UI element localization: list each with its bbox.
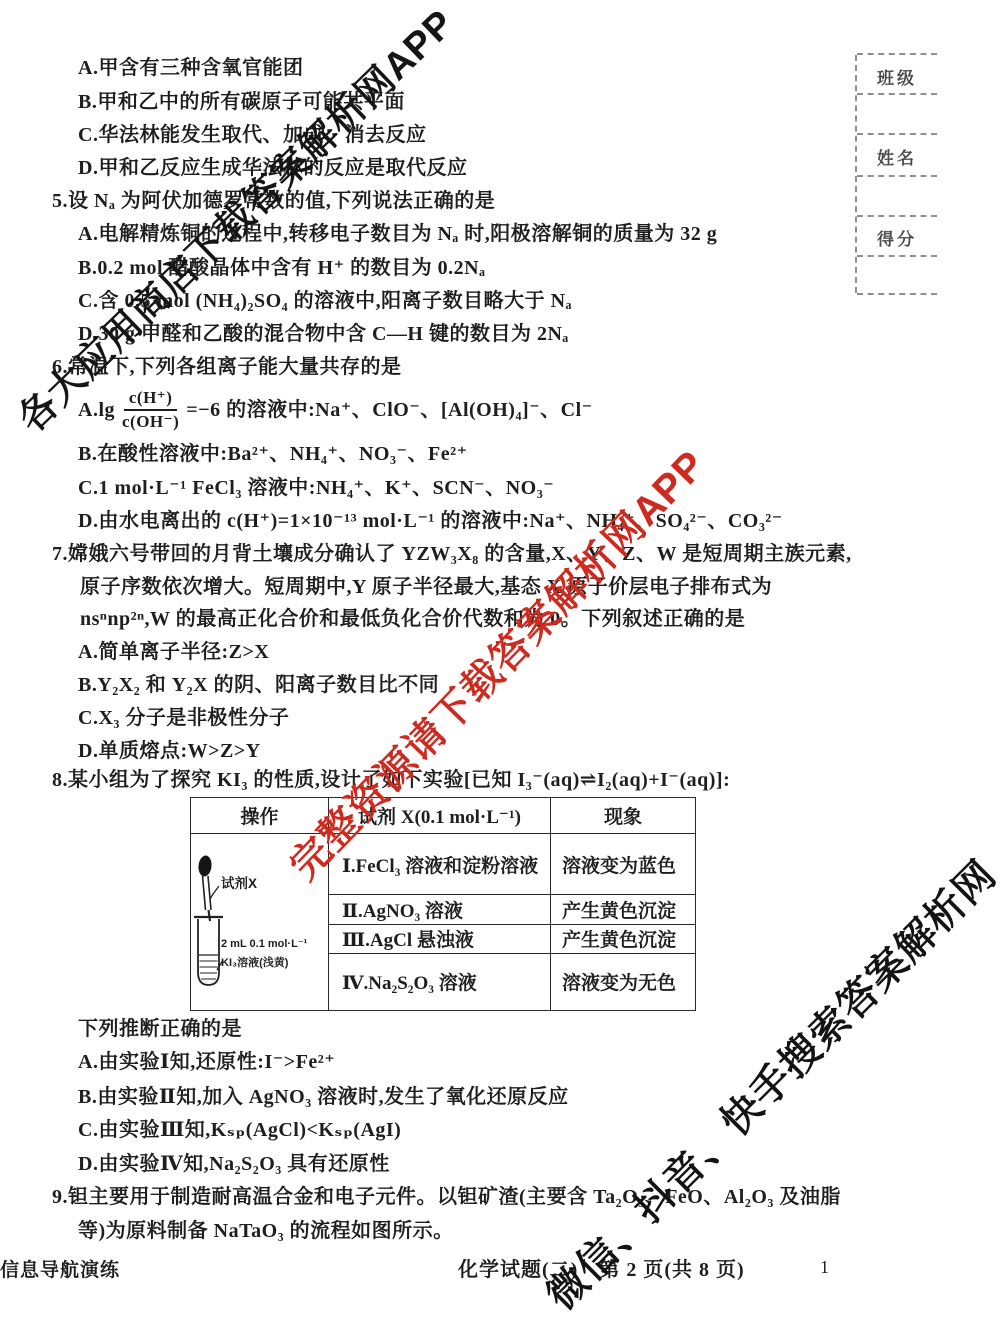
divider (857, 53, 937, 55)
q7-option-c: C.X₃ 分子是非极性分子 (78, 705, 289, 731)
q5-option-b: B.0.2 mol 醋酸晶体中含有 H⁺ 的数目为 0.2Nₐ (78, 255, 485, 281)
table-header-phenomenon: 现象 (551, 798, 696, 834)
q8-option-d: D.由实验Ⅳ知,Na₂S₂O₃ 具有还原性 (78, 1151, 390, 1177)
q7-stem-line1: 7.嫦娥六号带回的月背土壤成分确认了 YZW₃X₈ 的含量,X、Y、Z、W 是短… (52, 541, 852, 567)
divider (857, 93, 937, 95)
q5-stem: 5.设 Nₐ 为阿伏加德罗常数的值,下列说法正确的是 (52, 188, 495, 214)
divider (857, 255, 937, 257)
tube-label-line1: 2 mL 0.1 mol·L⁻¹ (221, 938, 308, 950)
q7-option-b: B.Y₂X₂ 和 Y₂X 的阴、阳离子数目比不同 (78, 672, 439, 698)
q7-option-a: A.简单离子半径:Z>X (78, 639, 269, 665)
q4-option-a: A.甲含有三种含氧官能团 (78, 55, 303, 81)
q8-experiment-table: 操作 试剂 X(0.1 mol·L⁻¹) 现象 试剂X (190, 797, 696, 1011)
row3-reagent: Ⅲ.AgCl 悬浊液 (329, 924, 551, 953)
row1-reagent: Ⅰ.FeCl₃ 溶液和淀粉溶液 (329, 834, 551, 895)
exam-paper-page: A.甲含有三种含氧官能团 B.甲和乙中的所有碳原子可能共平面 C.华法林能发生取… (0, 0, 1000, 1329)
footer-paper-title-page: 化学试题(二) 第 2 页(共 8 页) (458, 1253, 745, 1282)
q8-stem: 8.某小组为了探究 KI₃ 的性质,设计了如下实验[已知 I₃⁻(aq)⇌I₂(… (52, 767, 730, 793)
divider (857, 133, 937, 135)
row3-phenomenon: 产生黄色沉淀 (551, 924, 696, 953)
row2-reagent: Ⅱ.AgNO₃ 溶液 (329, 895, 551, 924)
table-header-operation: 操作 (191, 798, 329, 834)
footer-page-number: 1 (820, 1257, 829, 1278)
table-header-reagent: 试剂 X(0.1 mol·L⁻¹) (329, 798, 551, 834)
dropper-testtube-diagram: 试剂X 2 mL 0.1 mol·L⁻¹ KI₃溶液(浅黄) (191, 834, 327, 1004)
footer-series-title: 信息导航演练 (0, 1255, 120, 1282)
q8-option-c: C.由实验Ⅲ知,Kₛₚ(AgCl)<Kₛₚ(AgI) (78, 1117, 401, 1143)
dropper-icon (197, 855, 212, 921)
q5-option-a: A.电解精炼铜的过程中,转移电子数目为 Nₐ 时,阳极溶解铜的质量为 32 g (78, 221, 717, 247)
class-field-label: 班级 (857, 64, 937, 89)
q7-stem-line3: nsⁿnp²ⁿ,W 的最高正化合价和最低负化合价代数和为 0。下列叙述正确的是 (80, 606, 745, 632)
divider (857, 293, 937, 295)
q8-option-b: B.由实验Ⅱ知,加入 AgNO₃ 溶液时,发生了氧化还原反应 (78, 1084, 569, 1110)
row2-phenomenon: 产生黄色沉淀 (551, 895, 696, 924)
q8-prompt: 下列推断正确的是 (78, 1016, 242, 1042)
q6-option-a-prefix: A.lg (78, 397, 115, 423)
q6-option-c: C.1 mol·L⁻¹ FeCl₃ 溶液中:NH₄⁺、K⁺、SCN⁻、NO₃⁻ (78, 475, 554, 501)
concentration-fraction: c(H⁺) c(OH⁻) (122, 388, 179, 432)
q9-stem-line2: 等)为原料制备 NaTaO₃ 的流程如图所示。 (78, 1218, 454, 1244)
q5-option-d: D.30 g 甲醛和乙酸的混合物中含 C—H 键的数目为 2Nₐ (78, 321, 569, 347)
q7-stem-line2: 原子序数依次增大。短周期中,Y 原子半径最大,基态 X 原子价层电子排布式为 (80, 574, 772, 600)
student-info-box: 班级 姓名 得分 (855, 55, 937, 293)
q8-option-a: A.由实验Ⅰ知,还原性:I⁻>Fe²⁺ (78, 1049, 335, 1075)
row4-reagent: Ⅳ.Na₂S₂O₃ 溶液 (329, 953, 551, 1010)
row1-phenomenon: 溶液变为蓝色 (551, 834, 696, 895)
fraction-denominator: c(OH⁻) (122, 411, 179, 432)
q6-option-a-suffix: =−6 的溶液中:Na⁺、ClO⁻、[Al(OH)₄]⁻、Cl⁻ (186, 397, 592, 423)
q6-option-a: A.lg c(H⁺) c(OH⁻) =−6 的溶液中:Na⁺、ClO⁻、[Al(… (78, 382, 593, 438)
row4-phenomenon: 溶液变为无色 (551, 953, 696, 1010)
divider (857, 215, 937, 217)
test-tube-icon (194, 917, 223, 985)
dropper-label: 试剂X (221, 875, 257, 891)
score-field-label: 得分 (857, 225, 937, 250)
q4-option-d: D.甲和乙反应生成华法林的反应是取代反应 (78, 155, 467, 181)
q9-stem-line1: 9.钽主要用于制造耐高温合金和电子元件。以钽矿渣(主要含 Ta₂O₅、FeO、A… (52, 1184, 841, 1210)
name-field-label: 姓名 (857, 144, 937, 169)
q6-option-b: B.在酸性溶液中:Ba²⁺、NH₄⁺、NO₃⁻、Fe²⁺ (78, 441, 468, 467)
q6-option-d: D.由水电离出的 c(H⁺)=1×10⁻¹³ mol·L⁻¹ 的溶液中:Na⁺、… (78, 508, 783, 534)
tube-label-line2: KI₃溶液(浅黄) (221, 955, 289, 969)
fraction-numerator: c(H⁺) (124, 388, 178, 411)
divider (857, 175, 937, 177)
q4-option-b: B.甲和乙中的所有碳原子可能共平面 (78, 89, 405, 115)
q7-option-d: D.单质熔点:W>Z>Y (78, 738, 261, 764)
dropper-label-pointer (210, 886, 219, 899)
q4-option-c: C.华法林能发生取代、加成、消去反应 (78, 122, 426, 148)
apparatus-cell: 试剂X 2 mL 0.1 mol·L⁻¹ KI₃溶液(浅黄) (191, 834, 329, 1011)
q5-option-c: C.含 0.5 mol (NH₄)₂SO₄ 的溶液中,阳离子数目略大于 Nₐ (78, 288, 572, 314)
q6-stem: 6.常温下,下列各组离子能大量共存的是 (52, 354, 402, 380)
